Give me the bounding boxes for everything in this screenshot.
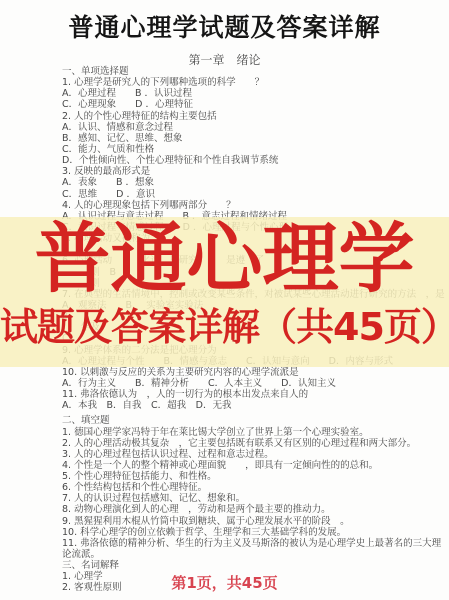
document-line: A．心理过程 B ．认识过程 xyxy=(62,88,443,99)
document-line: 2. 人的心理活动极其复杂 ，它主要包括既有联系又有区别的心理过程和两大部分。 xyxy=(62,438,443,449)
document-line: C．能力、气质和性格 xyxy=(62,144,443,155)
document-line: 1. 德国心理学家冯特于年在莱比锡大学创立了世界上第一个心理实验室。 xyxy=(62,427,443,438)
document-line: 11. 弗洛依德认为 ，人的一切行为的根本出发点来自人的 xyxy=(62,389,443,400)
document-line: 10. 以刺激与反应的关系为主要研究内容的心理学流派是 xyxy=(62,367,443,378)
document-line: C．思维 D ．意识 xyxy=(62,189,443,200)
document-line: 6. 个性结构包括和个性心理特征。 xyxy=(62,482,443,493)
document-line: A．认识、情感和意念过程 xyxy=(62,122,443,133)
page-number-footer: 第1页，共45页 xyxy=(0,572,449,593)
document-line: 9. 黑猩猩利用木棍从竹筒中取到糖块、属于心理发展水平的阶段 。 xyxy=(62,516,443,527)
document-line: 3. 人的心理过程包括认识过程、过程和意志过程。 xyxy=(62,449,443,460)
document-line: 4. 个性是一个人的整个精神或心理面貌 ，即具有一定倾向性的的总和。 xyxy=(62,460,443,471)
watermark-title: 普通心理学 xyxy=(0,221,449,297)
document-line: 论流派。 xyxy=(62,549,443,560)
document-line: C．心理现象 D ．心理特征 xyxy=(62,99,443,110)
document-line: 8. 动物心理演化到人的心理 ，劳动和是两个最主要的推动力。 xyxy=(62,504,443,515)
document-line: 1. 心理学是研究人的下列哪种选项的科学 ？ xyxy=(62,77,443,88)
document-title: 普通心理学试题及答案详解 xyxy=(0,8,449,44)
document-line: B．感知、记忆、思维、想象 xyxy=(62,133,443,144)
document-line: 3. 反映的最高形式是 xyxy=(62,166,443,177)
document-line: 7. 人的认识过程包括感知、记忆、想象和。 xyxy=(62,493,443,504)
document-line: 11. 弗洛依德的精神分析、华生的行为主义及马斯洛的被认为是心理学史上最著名的三… xyxy=(62,538,443,549)
document-line: 5. 个性心理特征包括能力、和性格。 xyxy=(62,471,443,482)
watermark-subtitle: 试题及答案详解（共45页） xyxy=(0,305,449,351)
document-line: A．本我 B．自我 C．超我 D．无我 xyxy=(62,400,443,411)
document-page: 普通心理学试题及答案详解 第一章 绪论 一、单项选择题1. 心理学是研究人的下列… xyxy=(0,0,449,600)
document-line: 二、填空题 xyxy=(62,415,443,426)
document-line: 三、名词解释 xyxy=(62,560,443,571)
document-line: A．行为主义 B．精神分析 C．人本主义 D．认知主义 xyxy=(62,378,443,389)
document-line: 一、单项选择题 xyxy=(62,66,443,77)
document-line: D．个性倾向性、个性心理特征和个性自我调节系统 xyxy=(62,155,443,166)
document-line: 2. 人的个性心理特征的结构主要包括 xyxy=(62,111,443,122)
document-line: 10. 科学心理学的创立依赖于哲学、生理学和三大基础学科的发展。 xyxy=(62,527,443,538)
document-line: 4. 人的心理现象包括下列哪两部分 ？ xyxy=(62,200,443,211)
document-line: A．表象 B ．想象 xyxy=(62,177,443,188)
